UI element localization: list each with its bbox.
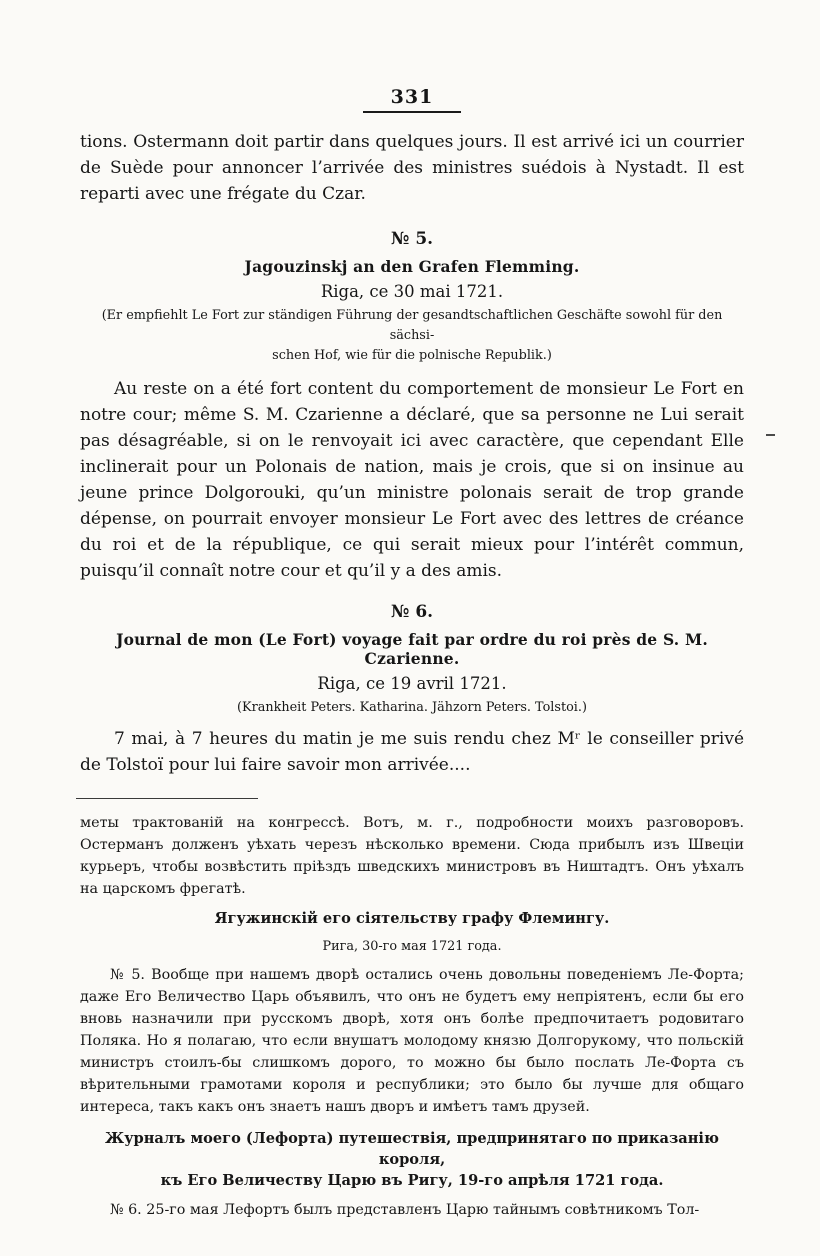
footnote-dateline-5: Рига, 30-го мая 1721 года.	[80, 936, 744, 958]
entry-6-body: 7 mai, à 7 heures du matin je me suis re…	[80, 726, 744, 778]
footnote-body-5: № 5. Вообще при нашемъ дворѣ остались оч…	[80, 964, 744, 1118]
entry-6-dateline: Riga, ce 19 avril 1721.	[80, 674, 744, 693]
page-number: 331	[363, 86, 462, 113]
text-column: 331 tions. Ostermann doit partir dans qu…	[80, 86, 744, 1221]
footnote-body-6: № 6. 25-го мая Лефортъ былъ представленъ…	[80, 1199, 744, 1221]
entry-6-title: Journal de mon (Le Fort) voyage fait par…	[80, 630, 744, 668]
entry-5-body: Au reste on a été fort content du compor…	[80, 376, 744, 584]
footnote-heading-5: Ягужинскій его сіятельству графу Флеминг…	[80, 908, 744, 930]
entry-6-summary: (Krankheit Peters. Katharina. Jähzorn Pe…	[80, 698, 744, 718]
page-header: 331	[80, 86, 744, 113]
footnote-continuation: меты трактованій на конгрессѣ. Вотъ, м. …	[80, 812, 744, 900]
entry-5-title: Jagouzinskj an den Grafen Flemming.	[80, 257, 744, 276]
entry-6: № 6. Journal de mon (Le Fort) voyage fai…	[80, 602, 744, 778]
entry-5: № 5. Jagouzinskj an den Grafen Flemming.…	[80, 229, 744, 584]
entry-5-summary: (Er empfiehlt Le Fort zur ständigen Führ…	[80, 306, 744, 366]
footnote-heading-6: Журналъ моего (Лефорта) путешествія, пре…	[80, 1128, 744, 1191]
book-page: 331 tions. Ostermann doit partir dans qu…	[0, 0, 820, 1256]
footnote-separator	[76, 798, 258, 799]
entry-6-number: № 6.	[80, 602, 744, 622]
entry-5-dateline: Riga, ce 30 mai 1721.	[80, 282, 744, 301]
intro-paragraph: tions. Ostermann doit partir dans quelqu…	[80, 129, 744, 207]
margin-dash-artifact	[766, 434, 775, 436]
entry-5-number: № 5.	[80, 229, 744, 249]
footnotes-section: меты трактованій на конгрессѣ. Вотъ, м. …	[80, 812, 744, 1221]
